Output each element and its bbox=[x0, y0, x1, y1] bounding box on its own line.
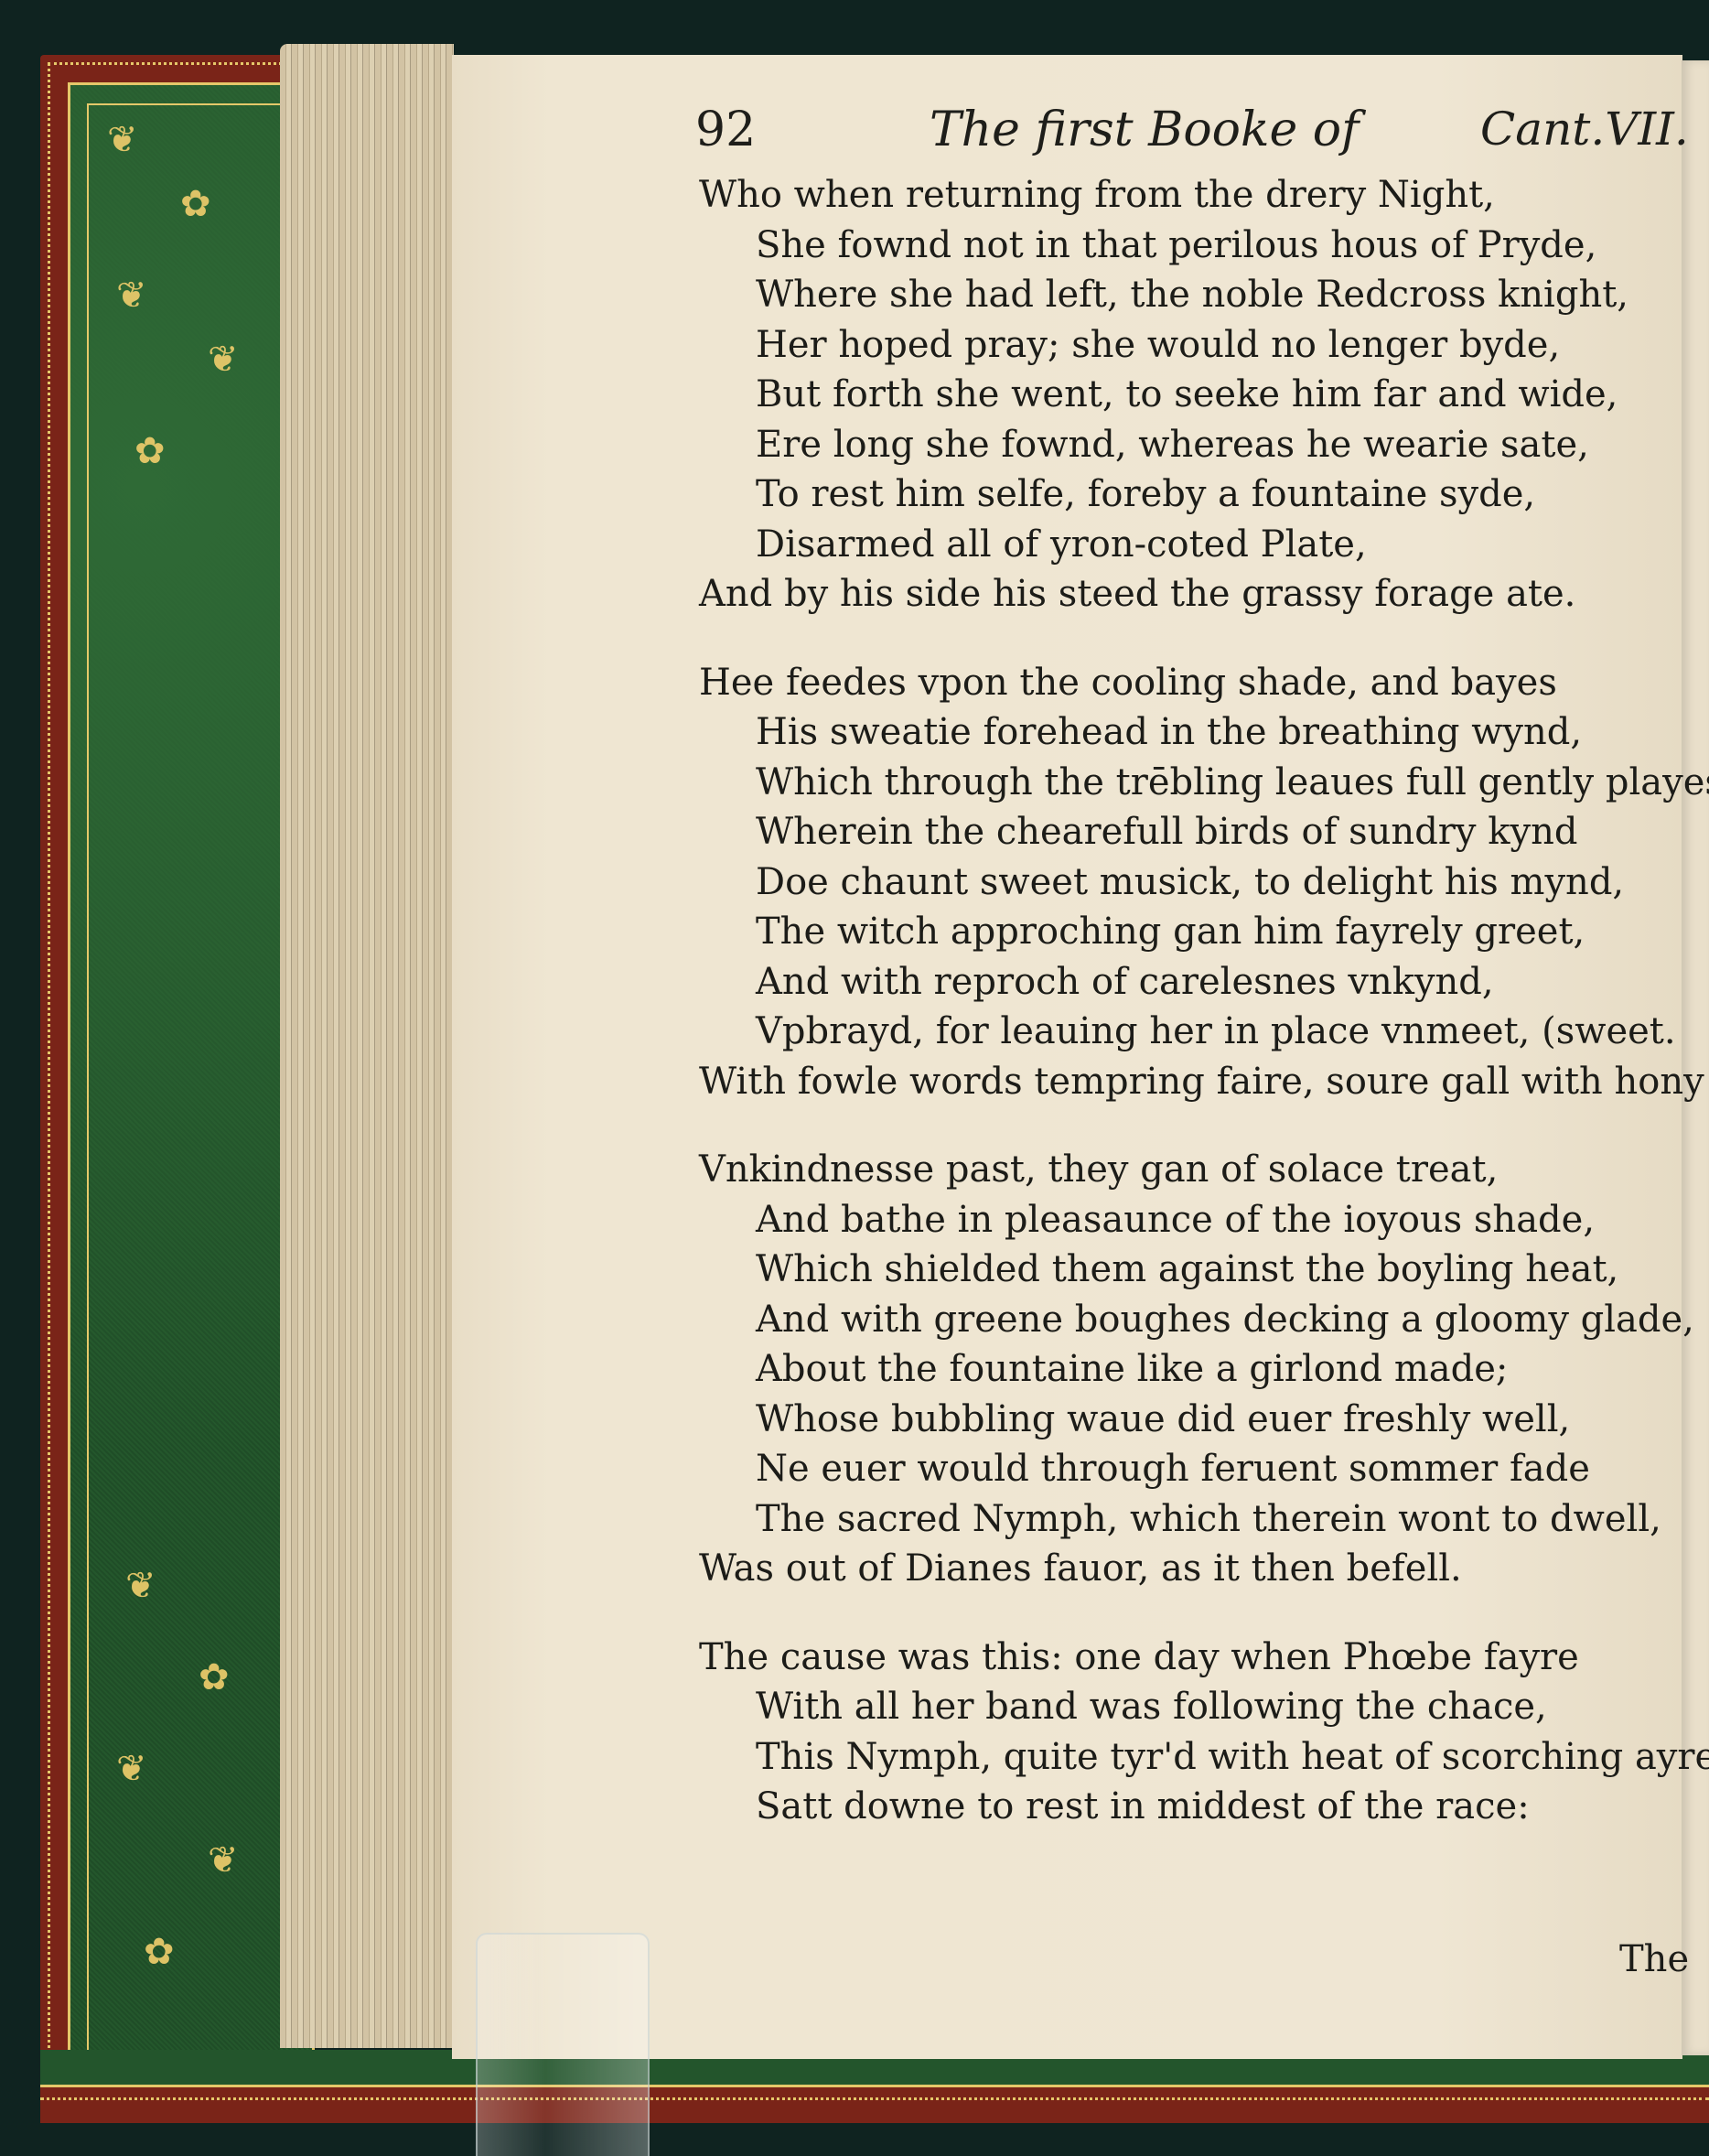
verse-line: The cause was this: one day when Phœbe f… bbox=[699, 1633, 1687, 1683]
stanza: Hee feedes vpon the cooling shade, and b… bbox=[699, 658, 1687, 1107]
verse-line: With fowle words tempring faire, soure g… bbox=[699, 1057, 1687, 1107]
verse-line: With all her band was following the chac… bbox=[699, 1682, 1687, 1732]
verse-line: Wherein the chearefull birds of sundry k… bbox=[699, 807, 1687, 857]
cover-bottom-gilt-dots bbox=[40, 2097, 1709, 2109]
verse-line: And with greene boughes decking a gloomy… bbox=[699, 1295, 1687, 1345]
verse-line: Ne euer would through feruent sommer fad… bbox=[699, 1444, 1687, 1494]
book-cover-bottom-edge bbox=[40, 2050, 1709, 2123]
verse-line: Her hoped pray; she would no lenger byde… bbox=[699, 320, 1687, 371]
glass-page-weight bbox=[476, 1933, 650, 2156]
stanza: The cause was this: one day when Phœbe f… bbox=[699, 1633, 1687, 1832]
book-cover-left: ❦ ✿ ❦ ❦ ✿ ❦ ✿ ❦ ❦ ✿ bbox=[40, 55, 315, 2123]
page-edges-block bbox=[280, 44, 454, 2048]
verse-line: The witch approching gan him fayrely gre… bbox=[699, 907, 1687, 957]
gilt-flower-ornament-icon: ✿ bbox=[199, 1659, 230, 1696]
verse-line: Who when returning from the drery Night, bbox=[699, 170, 1687, 221]
verse-line: To rest him selfe, foreby a fountaine sy… bbox=[699, 469, 1687, 520]
catchword: The bbox=[1619, 1938, 1689, 1980]
gilt-flower-ornament-icon: ✿ bbox=[134, 433, 166, 469]
verse-line: Vpbrayd, for leauing her in place vnmeet… bbox=[699, 1007, 1687, 1057]
running-header: 92 The first Booke of Cant.VII. bbox=[695, 102, 1672, 167]
verse-line: Disarmed all of yron-coted Plate, bbox=[699, 520, 1687, 570]
page-number: 92 bbox=[695, 102, 756, 157]
verse-line: Doe chaunt sweet musick, to delight his … bbox=[699, 857, 1687, 908]
verse-line: The sacred Nymph, which therein wont to … bbox=[699, 1494, 1687, 1545]
verse-line: Ere long she fownd, whereas he wearie sa… bbox=[699, 420, 1687, 470]
verse-line: And bathe in pleasaunce of the ioyous sh… bbox=[699, 1195, 1687, 1245]
gilt-scroll-ornament-icon: ❦ bbox=[116, 277, 147, 314]
stanza: Who when returning from the drery Night,… bbox=[699, 170, 1687, 620]
gilt-scroll-ornament-icon: ❦ bbox=[208, 1842, 239, 1879]
verse-line: Where she had left, the noble Redcross k… bbox=[699, 270, 1687, 320]
stanza: Vnkindnesse past, they gan of solace tre… bbox=[699, 1145, 1687, 1594]
verse-line: His sweatie forehead in the breathing wy… bbox=[699, 707, 1687, 758]
gilt-flower-ornament-icon: ✿ bbox=[144, 1934, 175, 1970]
verse-line: Vnkindnesse past, they gan of solace tre… bbox=[699, 1145, 1687, 1195]
gilt-flower-ornament-icon: ✿ bbox=[180, 186, 211, 222]
running-title: The first Booke of bbox=[930, 102, 1359, 157]
verse-line: Hee feedes vpon the cooling shade, and b… bbox=[699, 658, 1687, 708]
cover-green-leather-panel: ❦ ✿ ❦ ❦ ✿ ❦ ✿ ❦ ❦ ✿ bbox=[68, 82, 315, 2096]
poem-text: Who when returning from the drery Night,… bbox=[699, 170, 1687, 1870]
verse-line: About the fountaine like a girlond made; bbox=[699, 1344, 1687, 1395]
verse-line: Which through the trēbling leaues full g… bbox=[699, 758, 1687, 808]
verse-line: And by his side his steed the grassy for… bbox=[699, 569, 1687, 620]
gilt-scroll-ornament-icon: ❦ bbox=[125, 1568, 156, 1604]
verse-line: Which shielded them against the boyling … bbox=[699, 1245, 1687, 1295]
verse-line: Was out of Dianes fauor, as it then befe… bbox=[699, 1544, 1687, 1594]
gilt-scroll-ornament-icon: ❦ bbox=[208, 341, 239, 378]
canto-label: Cant.VII. bbox=[1480, 102, 1689, 156]
verse-line: Satt downe to rest in middest of the rac… bbox=[699, 1782, 1687, 1832]
verse-line: She fownd not in that perilous hous of P… bbox=[699, 221, 1687, 271]
verse-line: This Nymph, quite tyr'd with heat of sco… bbox=[699, 1732, 1687, 1783]
verse-line: But forth she went, to seeke him far and… bbox=[699, 370, 1687, 420]
gilt-scroll-ornament-icon: ❦ bbox=[116, 1751, 147, 1787]
gilt-scroll-ornament-icon: ❦ bbox=[107, 122, 138, 158]
verse-line: Whose bubbling waue did euer freshly wel… bbox=[699, 1395, 1687, 1445]
verse-line: And with reproch of carelesnes vnkynd, bbox=[699, 957, 1687, 1008]
